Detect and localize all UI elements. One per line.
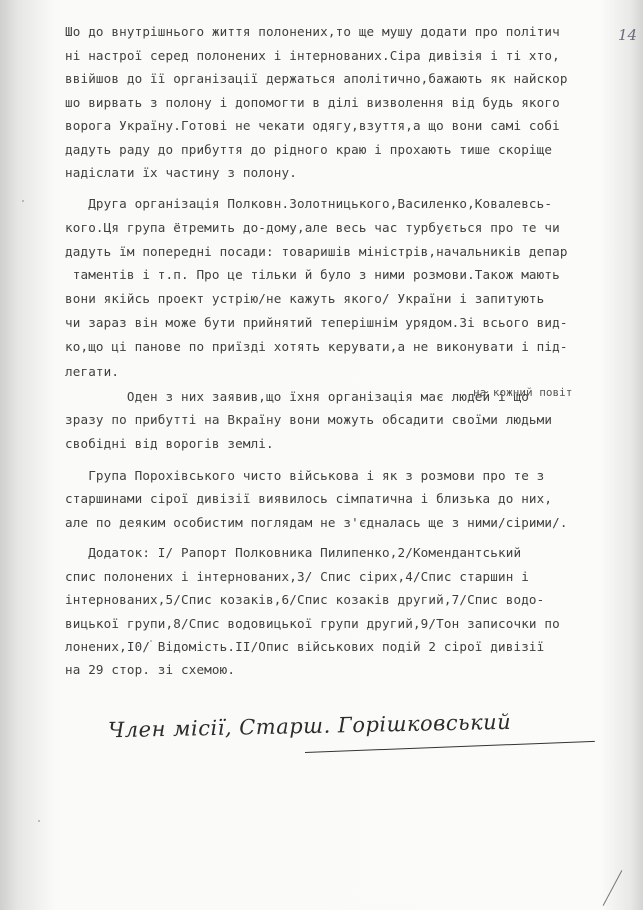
page-number: 14 <box>618 26 637 44</box>
text-line: Оден з них заявив,що їхня організація ма… <box>65 389 529 404</box>
text-line: зразу по прибутті на Вкраїну вони можуть… <box>65 412 552 427</box>
text-line: вицької групи,8/Спис водовицької групи д… <box>65 616 560 631</box>
scan-speck <box>22 200 24 202</box>
text-line: дадуть раду до прибуття до рідного краю … <box>65 142 552 157</box>
text-line: лонених,I0/ Відомість.II/Опис військових… <box>65 639 544 654</box>
margin-note: на кожний повіт <box>473 386 572 399</box>
text-line: Друга організація Полковн.Золотницького,… <box>65 196 552 211</box>
text-line: надіслати їх частину з полону. <box>65 165 297 180</box>
text-line: кого.Ця група ётремить до-дому,але весь … <box>65 220 560 235</box>
text-line: таментів і т.п. Про це тільки й було з н… <box>65 267 560 282</box>
text-line: ні настрої серед полонених і інтерновани… <box>65 48 560 63</box>
scan-speck <box>38 820 40 822</box>
handwritten-signature: Член місії, Старш. Горішковський <box>108 710 512 742</box>
text-line: але по деяким особистим поглядам не з'єд… <box>65 515 568 530</box>
text-line: Група Порохівського чисто військова і як… <box>65 468 544 483</box>
text-line: інтернованих,5/Спис козаків,6/Спис козак… <box>65 592 544 607</box>
text-line: старшинами сірої дивізії виявилось сімпа… <box>65 491 552 506</box>
pencil-mark <box>603 870 623 906</box>
document-page: 14 Шо до внутрішнього життя полонених,то… <box>0 0 643 910</box>
text-line: Додаток: I/ Рапорт Полковника Пилипенко,… <box>65 545 521 560</box>
text-line: спис полонених і інтернованих,3/ Спис сі… <box>65 569 529 584</box>
text-line: дадуть їм попередні посади: товаришів мі… <box>65 244 568 259</box>
text-line: ворога Україну.Готові не чекати одягу,вз… <box>65 118 560 133</box>
scan-speck <box>150 640 152 642</box>
text-line: шо вирвать з полону і допомогти в ділі в… <box>65 95 560 110</box>
text-line: ввійшов до її організації держаться апол… <box>65 71 568 86</box>
text-line: свобідні від ворогів землі. <box>65 436 274 451</box>
text-line: ко,що ці панове по приїзді хотять керува… <box>65 339 568 354</box>
text-line: чи зараз він може бути прийнятий теперіш… <box>65 315 568 330</box>
text-line: Шо до внутрішнього життя полонених,то ще… <box>65 24 560 39</box>
text-line: легати. <box>65 364 119 379</box>
text-line: на 29 стор. зі схемою. <box>65 662 235 677</box>
signature-underline <box>305 741 595 753</box>
text-line: вони якійсь проект устрію/не кажуть яког… <box>65 291 544 306</box>
